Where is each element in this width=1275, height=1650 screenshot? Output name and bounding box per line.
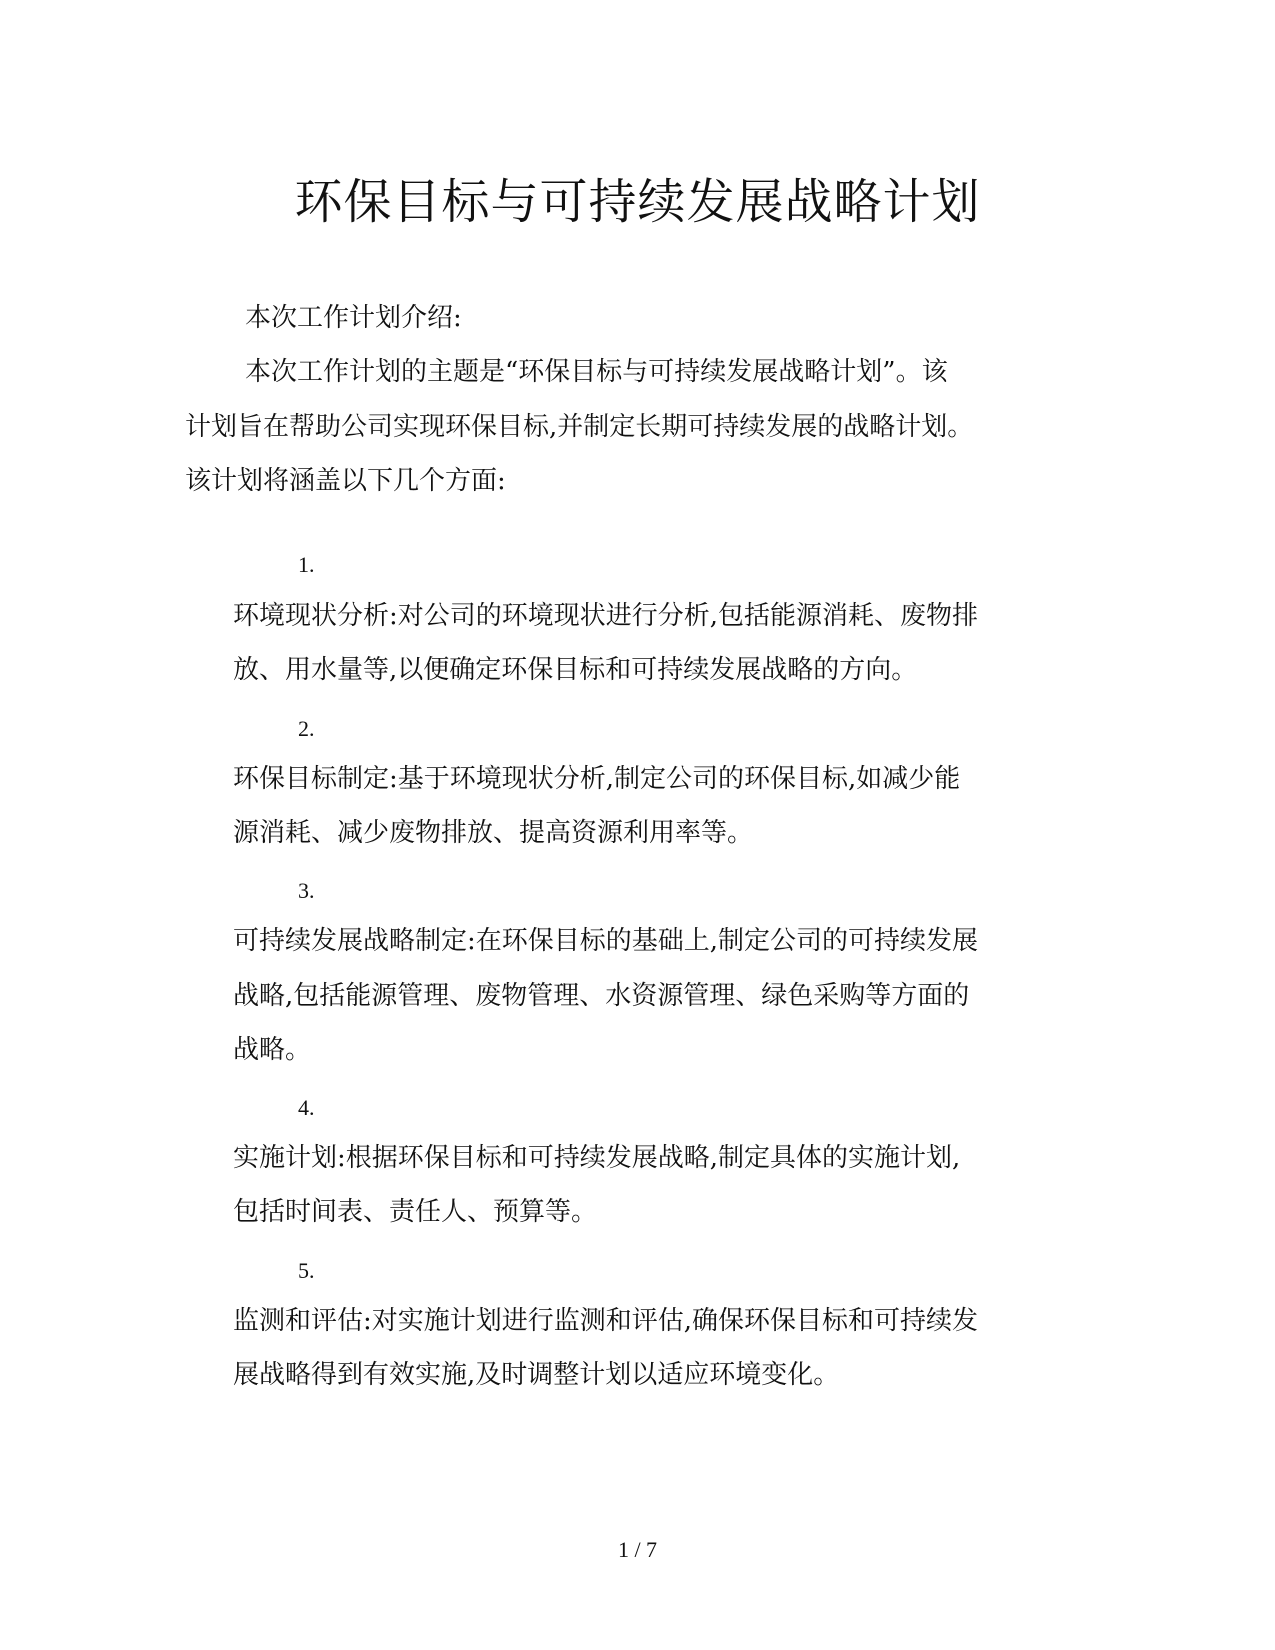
document-page: 环保目标与可持续发展战略计划 本次工作计划介绍: 本次工作计划的主题是“环保目标… xyxy=(0,0,1275,1650)
list-item-text: 放、用水量等,以便确定环保目标和可持续发展战略的方向。 xyxy=(233,652,917,688)
list-item-number: 4. xyxy=(298,1093,315,1123)
list-item-text: 可持续发展战略制定:在环保目标的基础上,制定公司的可持续发展 xyxy=(233,923,978,959)
intro-line-3: 该计划将涵盖以下几个方面: xyxy=(185,463,506,499)
list-item-text: 展战略得到有效实施,及时调整计划以适应环境变化。 xyxy=(233,1357,839,1393)
list-item-text: 实施计划:根据环保目标和可持续发展战略,制定具体的实施计划, xyxy=(233,1140,960,1176)
list-item-text: 环保目标制定:基于环境现状分析,制定公司的环保目标,如减少能 xyxy=(233,761,960,797)
list-item-text: 监测和评估:对实施计划进行监测和评估,确保环保目标和可持续发 xyxy=(233,1303,978,1339)
intro-line-2: 计划旨在帮助公司实现环保目标,并制定长期可持续发展的战略计划。 xyxy=(185,409,973,445)
list-item-number: 1. xyxy=(298,550,315,580)
list-item-number: 5. xyxy=(298,1256,315,1286)
list-item-text: 战略,包括能源管理、废物管理、水资源管理、绿色采购等方面的 xyxy=(233,978,969,1014)
intro-heading: 本次工作计划介绍: xyxy=(245,300,462,336)
list-item-text: 源消耗、减少废物排放、提高资源利用率等。 xyxy=(233,815,753,851)
page-number: 1 / 7 xyxy=(0,1537,1275,1563)
list-item-text: 环境现状分析:对公司的环境现状进行分析,包括能源消耗、废物排 xyxy=(233,598,978,634)
document-title: 环保目标与可持续发展战略计划 xyxy=(0,170,1275,234)
list-item-number: 3. xyxy=(298,876,315,906)
list-item-text: 战略。 xyxy=(233,1032,311,1068)
list-item-text: 包括时间表、责任人、预算等。 xyxy=(233,1194,597,1230)
intro-line-1: 本次工作计划的主题是“环保目标与可持续发展战略计划”。该 xyxy=(245,354,948,390)
list-item-number: 2. xyxy=(298,714,315,744)
